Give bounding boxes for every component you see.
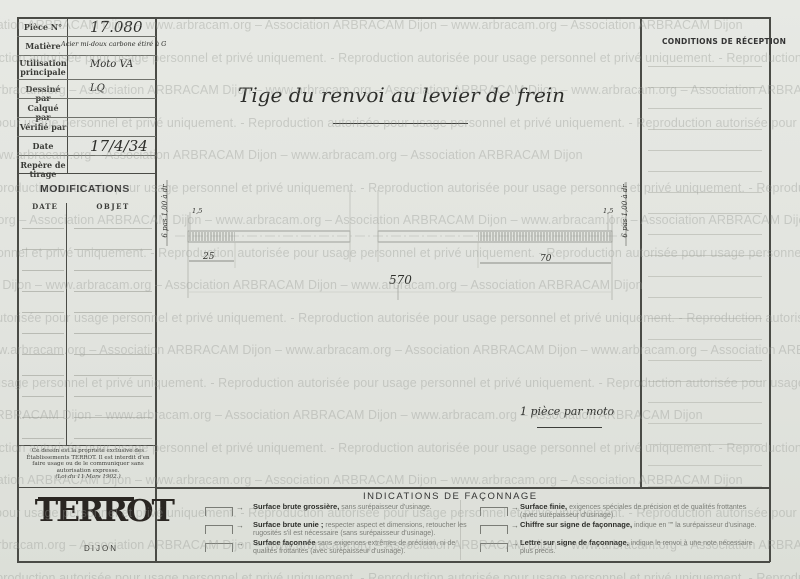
surface-symbol-icon [480,543,508,552]
indications-title: INDICATIONS DE FAÇONNAGE [363,491,538,502]
dim-left-chamfer: 1,5 [192,207,202,215]
indication-row: Surface brute unie ; respecter aspect et… [253,521,468,538]
arrow-icon: → [236,503,244,512]
dim-left-thread: 25 [203,252,214,262]
left-thread-spec: 6 pas 1,00 à dr [161,174,169,248]
dim-total-length: 570 [389,273,412,287]
surface-symbol-icon [205,525,233,534]
arrow-icon: → [236,539,244,548]
drawing-sheet: Pièce N°17.080MatièreAcier mi-doux carbo… [0,0,800,579]
indication-row: Surface finie, exigences spéciales de pr… [520,503,760,520]
surface-symbol-icon [205,543,233,552]
indication-label: Surface façonnée [253,538,316,547]
arrow-icon: → [236,521,244,530]
indication-label: Surface brute grossière, [253,502,339,511]
indication-label: Chiffre sur signe de façonnage, [520,520,632,529]
quantity-note: 1 pièce par moto [520,405,614,418]
dim-right-thread: 70 [540,254,551,264]
surface-symbol-icon [480,507,508,516]
surface-symbol-icon [205,507,233,516]
arrow-icon: → [511,521,519,530]
indication-note: indique en "" la surépaisseur d'usinage. [634,522,756,529]
indication-row: Surface façonnée sans exigences extrêmes… [253,539,468,556]
indication-row: Lettre sur signe de façonnage, indique l… [520,539,760,556]
indication-label: Surface finie, [520,502,567,511]
right-thread-spec: 6 pas 1,00 à dr [621,174,629,248]
indication-row: Surface brute grossière, sans surépaisse… [253,503,468,512]
arrow-icon: → [511,503,519,512]
surface-symbol-icon [480,525,508,534]
note-underline [537,427,602,428]
arrow-icon: → [511,539,519,548]
indication-row: Chiffre sur signe de façonnage, indique … [520,521,760,530]
indication-label: Surface brute unie ; [253,520,323,529]
indication-note: sans surépaisseur d'usinage. [341,504,431,511]
indication-label: Lettre sur signe de façonnage, [520,538,629,547]
dim-right-chamfer: 1,5 [603,207,613,215]
